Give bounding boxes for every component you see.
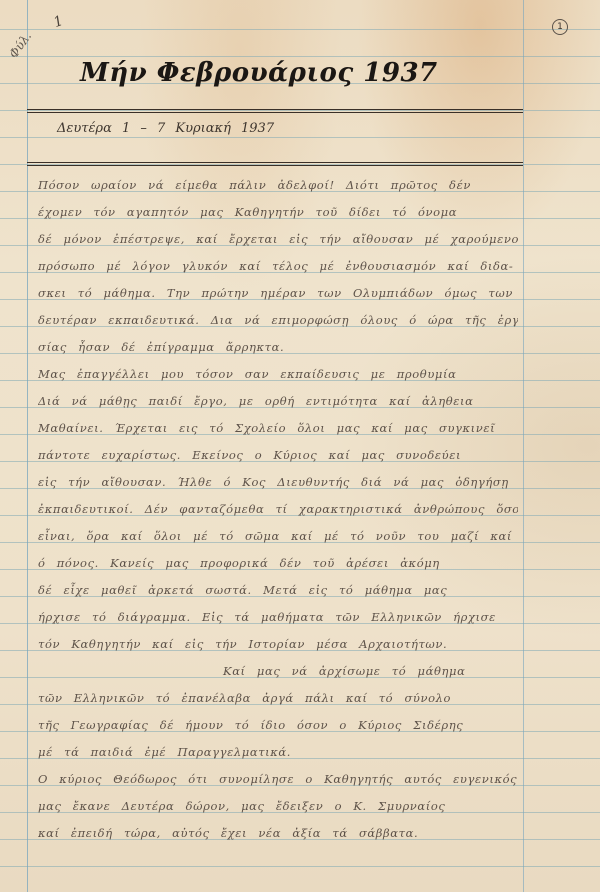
handwritten-line: καί ἐπειδή τώρα, αὐτός ἔχει νέα ἀξία τά … [38, 820, 518, 847]
page-title: Μήν Φεβρουάριος 1937 [80, 58, 480, 88]
handwritten-line: Ο κύριος Θεόδωρος ότι συνομίλησε ο Καθηγ… [38, 766, 518, 793]
handwritten-line: πρόσωπο μέ λόγον γλυκόν καί τέλος μέ ἐνθ… [38, 253, 518, 280]
left-margin-line [27, 0, 28, 892]
handwritten-line: δευτέραν εκπαιδευτικά. Δια νά επιμορφώσῃ… [38, 307, 518, 334]
margin-annotation-number: 1 [52, 13, 66, 31]
handwritten-line: Διά νά μάθῃς παιδί ἔργο, με ορθή εντιμότ… [38, 388, 518, 415]
handwritten-line: ἐκπαιδευτικοί. Δέν φανταζόμεθα τί χαρακτ… [38, 496, 518, 523]
handwritten-line: ό πόνος. Κανείς μας προφορικά δέν τοῦ ἀρ… [38, 550, 518, 577]
margin-annotation: Φύλ. [6, 29, 34, 60]
handwritten-line: τῶν Ελληνικῶν τό ἐπανέλαβα ἀργά πάλι καί… [38, 685, 518, 712]
handwritten-line: μέ τά παιδιά ἐμέ Παραγγελματικά. [38, 739, 518, 766]
handwritten-line: έχομεν τόν αγαπητόν μας Καθηγητήν τοῦ δί… [38, 199, 518, 226]
handwritten-line: τῆς Γεωγραφίας δέ ήμουν τό ίδιο όσον ο Κ… [38, 712, 518, 739]
handwritten-line: δέ μόνον ἐπέστρεψε, καί ἔρχεται εἰς τήν … [38, 226, 518, 253]
handwritten-line: ήρχισε τό διάγραμμα. Εἰς τά μαθήματα τῶν… [38, 604, 518, 631]
ruled-line [0, 137, 600, 138]
handwritten-body: Πόσον ωραίον νά είμεθα πάλιν ἀδελφοί! Δι… [38, 172, 518, 847]
handwritten-line: δέ εἶχε μαθεῖ ἀρκετά σωστά. Μετά εἰς τό … [38, 577, 518, 604]
ruled-line [0, 866, 600, 867]
handwritten-line: Μας ἐπαγγέλλει μου τόσον σαν εκπαίδευσις… [38, 361, 518, 388]
heading-double-rule [27, 162, 523, 166]
title-double-rule [27, 109, 523, 113]
handwritten-line: σκει τό μάθημα. Την πρώτην ημέραν των Ολ… [38, 280, 518, 307]
handwritten-line: Μαθαίνει. Έρχεται εις τό Σχολείο ὅλοι μα… [38, 415, 518, 442]
handwritten-line: εἰς τήν αἴθουσαν. Ήλθε ό Κος Διευθυντής … [38, 469, 518, 496]
handwritten-line: σίας ἦσαν δέ ἐπίγραμμα ἄρρηκτα. [38, 334, 518, 361]
circled-page-number: 1 [552, 19, 568, 35]
handwritten-line: Καί μας νά ἀρχίσωμε τό μάθημα [38, 658, 518, 685]
handwritten-line: τόν Καθηγητήν καί εἰς τήν Ιστορίαν μέσα … [38, 631, 518, 658]
date-range-heading: Δευτέρα 1 – 7 Κυριακή 1937 [57, 121, 274, 136]
handwritten-line: εἶναι, ὅρα καί ὅλοι μέ τό σῶμα καί μέ τό… [38, 523, 518, 550]
handwritten-line: μας ἔκανε Δευτέρα δώρον, μας ἔδειξεν ο Κ… [38, 793, 518, 820]
ruled-line [0, 29, 600, 30]
handwritten-line: Πόσον ωραίον νά είμεθα πάλιν ἀδελφοί! Δι… [38, 172, 518, 199]
right-margin-line [523, 0, 524, 892]
journal-page: Φύλ. 1 1 Μήν Φεβρουάριος 1937 Δευτέρα 1 … [0, 0, 600, 892]
ruled-line [0, 56, 600, 57]
handwritten-line: πάντοτε ευχαρίστως. Εκείνος ο Κύριος καί… [38, 442, 518, 469]
